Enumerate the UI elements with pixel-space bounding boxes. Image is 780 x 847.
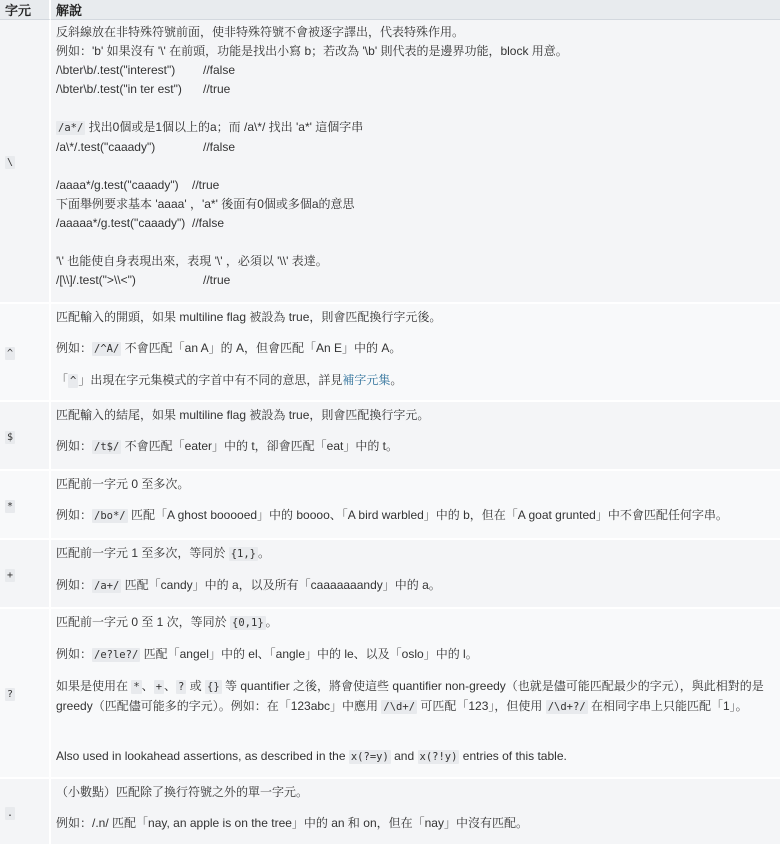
example-paragraph: 例如：/t$/ 不會匹配「eater」中的 t，卻會匹配「eat」中的 t。 bbox=[56, 437, 774, 457]
char-cell: ? bbox=[0, 609, 51, 779]
description-paragraph: 匹配前一字元 0 至 1 次，等同於 {0,1}。 bbox=[56, 613, 774, 633]
char-code: * bbox=[5, 500, 15, 513]
code-example-line: /[\\]/.test(">\\<")//true bbox=[56, 271, 774, 290]
description-paragraph: （小數點）匹配除了換行符號之外的單一字元。 bbox=[56, 783, 774, 802]
description-paragraph: 匹配前一字元 1 至多次，等同於 {1,}。 bbox=[56, 544, 774, 564]
text-line: 反斜線放在非特殊符號前面，使非特殊符號不會被逐字譯出，代表特殊作用。 bbox=[56, 23, 774, 42]
example-paragraph: 例如：/^A/ 不會匹配「an A」的 A，但會匹配「An E」中的 A。 bbox=[56, 339, 774, 359]
code-example-line: /\bter\b/.test("interest")//false bbox=[56, 61, 774, 80]
complemented-charset-link[interactable]: 補字元集 bbox=[342, 373, 390, 387]
description-cell: 匹配輸入的開頭，如果 multiline flag 被設為 true，則會匹配換… bbox=[51, 304, 780, 402]
table-row-dollar: $ 匹配輸入的結尾，如果 multiline flag 被設為 true，則會匹… bbox=[0, 402, 780, 471]
char-cell: ^ bbox=[0, 304, 51, 402]
text-line: 下面舉例要求基本 'aaaa' ，'a*' 後面有0個或多個a的意思 bbox=[56, 195, 774, 214]
description-cell: （小數點）匹配除了換行符號之外的單一字元。 例如：/.n/ 匹配「nay, an… bbox=[51, 779, 780, 846]
table-row-dot: . （小數點）匹配除了換行符號之外的單一字元。 例如：/.n/ 匹配「nay, … bbox=[0, 779, 780, 846]
table-row-plus: + 匹配前一字元 1 至多次，等同於 {1,}。 例如：/a+/ 匹配「cand… bbox=[0, 540, 780, 609]
description-paragraph: 匹配輸入的結尾，如果 multiline flag 被設為 true，則會匹配換… bbox=[56, 406, 774, 425]
negative-lookahead-code: x(?!y) bbox=[418, 750, 460, 764]
char-code: ? bbox=[5, 688, 15, 701]
code-example-line: /aaaaa*/g.test("caaady")//false bbox=[56, 214, 774, 233]
example-paragraph: 例如：/e?le?/ 匹配「angel」中的 el、「angle」中的 le、以… bbox=[56, 645, 774, 665]
lookahead-code: x(?=y) bbox=[349, 750, 391, 764]
note-paragraph: 「^」出現在字元集模式的字首中有不同的意思，詳見補字元集。 bbox=[56, 371, 774, 391]
description-paragraph: 匹配輸入的開頭，如果 multiline flag 被設為 true，則會匹配換… bbox=[56, 308, 774, 327]
table-row-question-mark: ? 匹配前一字元 0 至 1 次，等同於 {0,1}。 例如：/e?le?/ 匹… bbox=[0, 609, 780, 779]
char-cell: $ bbox=[0, 402, 51, 471]
description-cell: 反斜線放在非特殊符號前面，使非特殊符號不會被逐字譯出，代表特殊作用。 例如：'b… bbox=[51, 20, 780, 304]
char-code: + bbox=[5, 569, 15, 582]
char-cell: + bbox=[0, 540, 51, 609]
description-cell: 匹配前一字元 0 至 1 次，等同於 {0,1}。 例如：/e?le?/ 匹配「… bbox=[51, 609, 780, 779]
description-paragraph: 匹配前一字元 0 至多次。 bbox=[56, 475, 774, 494]
example-paragraph: 例如：/a+/ 匹配「candy」中的 a，以及所有「caaaaaaandy」中… bbox=[56, 576, 774, 596]
column-header-char: 字元 bbox=[0, 0, 51, 20]
description-cell: 匹配前一字元 1 至多次，等同於 {1,}。 例如：/a+/ 匹配「candy」… bbox=[51, 540, 780, 609]
table-header-row: 字元 解說 bbox=[0, 0, 780, 20]
char-code: \ bbox=[5, 156, 15, 169]
char-code: $ bbox=[5, 431, 15, 444]
text-line: 例如：'b' 如果沒有 '\' 在前頭，功能是找出小寫 b；若改為 '\b' 則… bbox=[56, 42, 774, 61]
description-cell: 匹配輸入的結尾，如果 multiline flag 被設為 true，則會匹配換… bbox=[51, 402, 780, 471]
non-greedy-paragraph: 如果是使用在 *、+、? 或 {} 等 quantifier 之後，將會使這些 … bbox=[56, 677, 774, 717]
code-example-line: /\bter\b/.test("in ter est")//true bbox=[56, 80, 774, 99]
table-row-backslash: \ 反斜線放在非特殊符號前面，使非特殊符號不會被逐字譯出，代表特殊作用。 例如：… bbox=[0, 20, 780, 304]
char-code: ^ bbox=[5, 347, 15, 360]
example-paragraph: 例如：/.n/ 匹配「nay, an apple is on the tree」… bbox=[56, 814, 774, 833]
text-line: '\' 也能使自身表現出來，表現 '\' ，必須以 '\\' 表達。 bbox=[56, 252, 774, 271]
text-line: /a*/ 找出0個或是1個以上的a；而 /a\*/ 找出 'a*' 這個字串 bbox=[56, 118, 774, 138]
description-cell: 匹配前一字元 0 至多次。 例如：/bo*/ 匹配「A ghost booooe… bbox=[51, 471, 780, 540]
code-example-line: /aaaa*/g.test("caaady")//true bbox=[56, 176, 774, 195]
table-row-caret: ^ 匹配輸入的開頭，如果 multiline flag 被設為 true，則會匹… bbox=[0, 304, 780, 402]
lookahead-paragraph: Also used in lookahead assertions, as de… bbox=[56, 747, 774, 767]
example-paragraph: 例如：/bo*/ 匹配「A ghost booooed」中的 boooo、「A … bbox=[56, 506, 774, 526]
column-header-description: 解說 bbox=[51, 0, 780, 20]
regex-reference-table: 字元 解說 \ 反斜線放在非特殊符號前面，使非特殊符號不會被逐字譯出，代表特殊作… bbox=[0, 0, 780, 846]
char-cell: * bbox=[0, 471, 51, 540]
char-cell: \ bbox=[0, 20, 51, 304]
char-cell: . bbox=[0, 779, 51, 846]
table-row-asterisk: * 匹配前一字元 0 至多次。 例如：/bo*/ 匹配「A ghost booo… bbox=[0, 471, 780, 540]
code-example-line: /a\*/.test("caaady")//false bbox=[56, 138, 774, 157]
char-code: . bbox=[5, 807, 15, 820]
